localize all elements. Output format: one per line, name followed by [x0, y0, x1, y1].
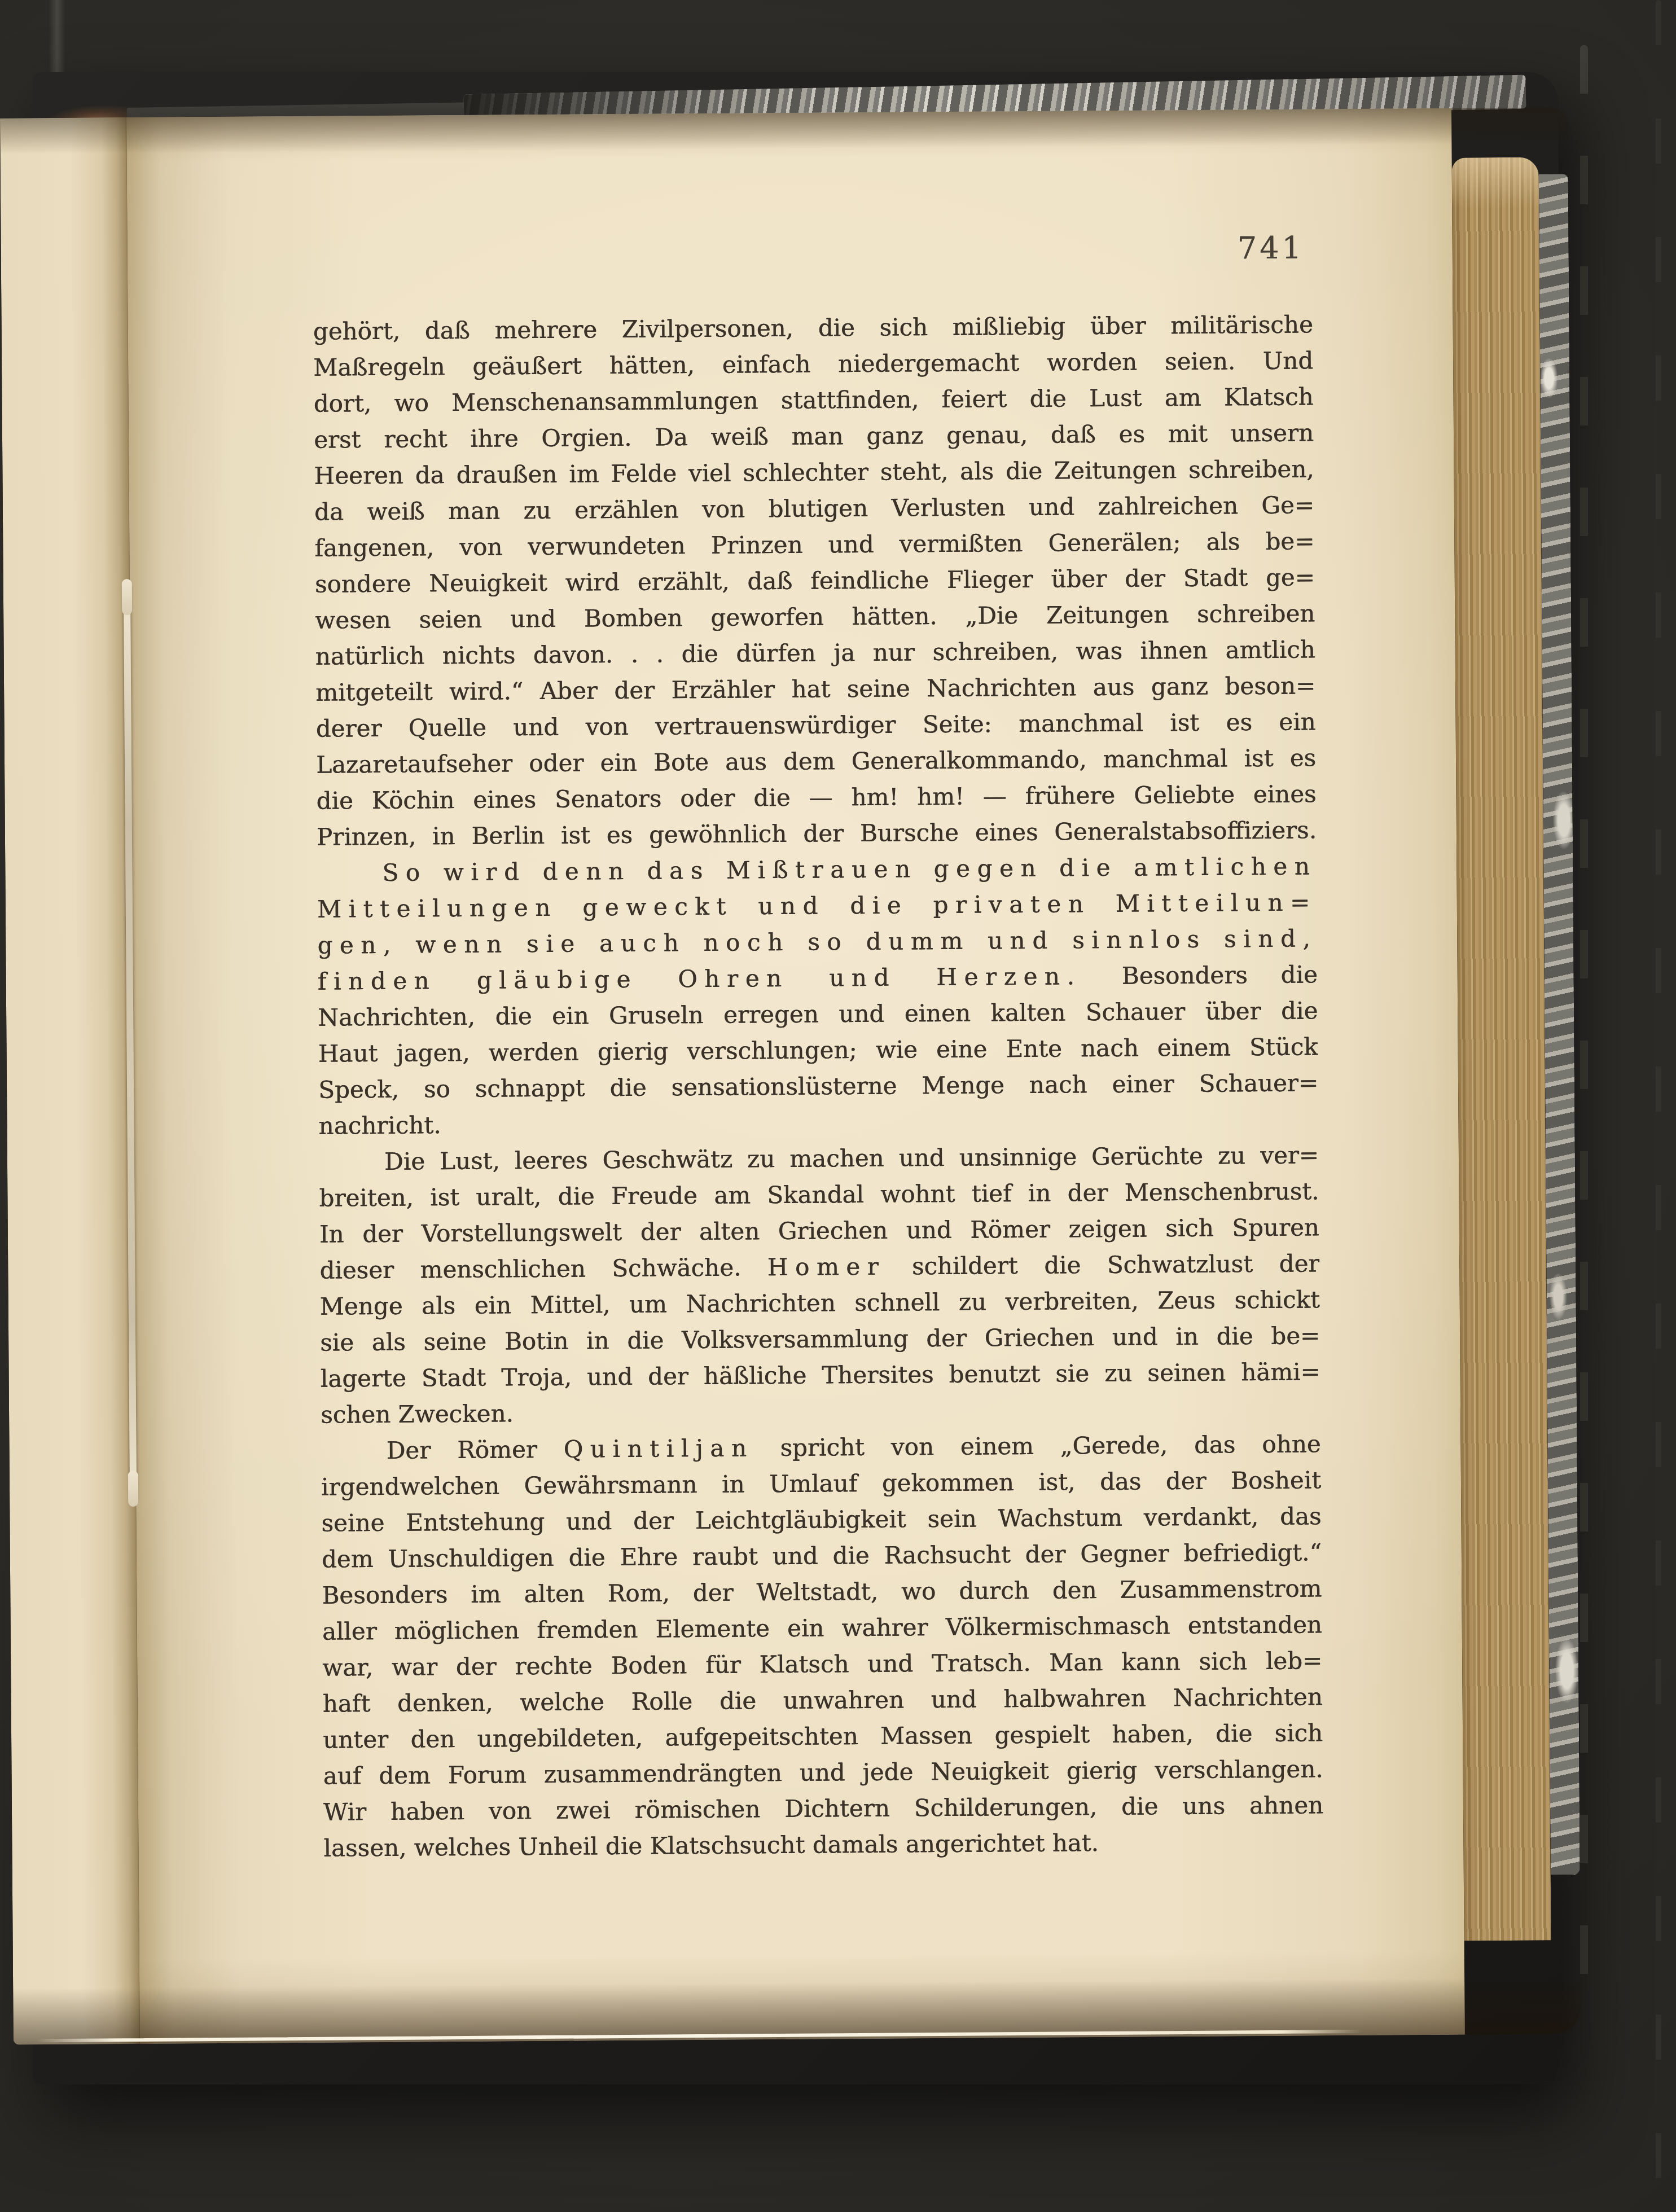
text-segment: lassen, welches Unheil die Klatschsucht …: [323, 1829, 1099, 1862]
text-segment: spricht von einem „Gerede, das ohne: [753, 1430, 1320, 1461]
text-segment: haft denken, welche Rolle die unwahren u…: [322, 1683, 1322, 1717]
binding-thread-knot: [122, 579, 132, 615]
text-segment-letterspaced: Quintiljan: [564, 1434, 754, 1463]
text-segment: gehört, daß mehrere Zivilpersonen, die s…: [313, 310, 1313, 345]
text-segment: sondere Neuigkeit wird erzählt, daß fein…: [315, 563, 1315, 598]
text-segment: Speck, so schnappt die sensationslüstern…: [318, 1069, 1318, 1103]
binding-thread-knot: [128, 1471, 138, 1507]
fore-edge-pages: [1452, 157, 1551, 1941]
text-segment: Besonders die: [1122, 960, 1318, 989]
text-segment: Prinzen, in Berlin ist es gewöhnlich der…: [317, 816, 1317, 850]
text-segment: die Köchin eines Senators oder die — hm!…: [316, 780, 1316, 814]
text-line: lassen, welches Unheil die Klatschsucht …: [323, 1823, 1323, 1866]
text-segment: Haut jagen, werden gierig verschlungen; …: [318, 1033, 1318, 1067]
text-segment: Heeren da draußen im Felde viel schlecht…: [314, 455, 1314, 489]
text-segment: Lazaretaufseher oder ein Bote aus dem Ge…: [316, 744, 1316, 778]
text-segment: seine Entstehung und der Leichtgläubigke…: [321, 1502, 1321, 1537]
text-segment: auf dem Forum zusammendrängten und jede …: [323, 1755, 1323, 1789]
page-number: 741: [1232, 230, 1309, 266]
text-segment: dem Unschuldigen die Ehre raubt und die …: [322, 1538, 1322, 1573]
text-segment: Maßregeln geäußert hätten, einfach niede…: [313, 346, 1313, 381]
text-segment: breiten, ist uralt, die Freude am Skanda…: [319, 1177, 1319, 1212]
text-line: Wir haben von zwei römischen Dichtern Sc…: [323, 1787, 1323, 1830]
backdrop-stitch-line-faint: [1656, 0, 1661, 2212]
text-segment: mitgeteilt wird.“ Aber der Erzähler hat …: [315, 671, 1315, 706]
text-segment: natürlich nichts davon. . . die dürfen j…: [315, 635, 1315, 670]
left-page-edge: [0, 117, 140, 2044]
book-page-spread: 741 gehört, daß mehrere Zivilpersonen, d…: [0, 107, 1581, 2044]
text-segment: war, war der rechte Boden für Klatsch un…: [322, 1647, 1322, 1681]
text-segment-letterspaced: Mitteilungen geweckt und die privaten Mi…: [317, 888, 1317, 923]
text-segment: Der Römer: [386, 1436, 563, 1464]
photo-backdrop: 741 gehört, daß mehrere Zivilpersonen, d…: [0, 0, 1676, 2212]
text-segment: Besonders im alten Rom, der Weltstadt, w…: [322, 1574, 1322, 1609]
text-segment: Menge als ein Mittel, um Nachrichten sch…: [320, 1285, 1320, 1320]
text-segment: lagerte Stadt Troja, und der häßliche Th…: [320, 1358, 1320, 1392]
text-segment: da weiß man zu erzählen von blutigen Ver…: [314, 491, 1314, 525]
text-segment-letterspaced: gen, wenn sie auch noch so dumm und sinn…: [317, 924, 1317, 959]
text-segment-letterspaced: Homer: [767, 1253, 886, 1281]
text-segment: sie als seine Botin in die Volksversamml…: [320, 1322, 1320, 1356]
text-segment: Die Lust, leeres Geschwätz zu machen und…: [384, 1141, 1319, 1175]
text-segment-letterspaced: finden gläubige Ohren und Herzen.: [318, 962, 1122, 995]
text-segment: aller möglichen fremden Elemente ein wah…: [322, 1610, 1322, 1645]
text-segment: fangenen, von verwundeten Prinzen und ve…: [314, 527, 1314, 561]
text-segment: In der Vorstellungswelt der alten Griech…: [319, 1213, 1319, 1248]
text-segment: dort, wo Menschenansammlungen stattfinde…: [313, 383, 1313, 417]
text-segment: Wir haben von zwei römischen Dichtern Sc…: [323, 1791, 1323, 1825]
text-segment: nachricht.: [318, 1111, 441, 1140]
text-segment: dieser menschlichen Schwäche.: [319, 1253, 767, 1284]
text-line: lagerte Stadt Troja, und der häßliche Th…: [320, 1354, 1320, 1397]
text-segment: erst recht ihre Orgien. Da weiß man ganz…: [314, 419, 1314, 453]
text-segment-letterspaced: So wird denn das Mißtrauen gegen die amt…: [382, 852, 1317, 886]
text-segment: Nachrichten, die ein Gruseln erregen und…: [318, 997, 1318, 1031]
text-segment: schen Zwecken.: [321, 1399, 514, 1428]
book-page: 741 gehört, daß mehrere Zivilpersonen, d…: [126, 108, 1465, 2044]
text-segment: irgendwelchen Gewährsmann in Umlauf geko…: [321, 1466, 1321, 1500]
backdrop-stitch-line: [1580, 45, 1588, 2031]
text-segment: schildert die Schwatzlust der: [885, 1249, 1319, 1280]
text-segment: unter den ungebildeten, aufgepeitschten …: [323, 1719, 1323, 1753]
text-segment: derer Quelle und von vertrauenswürdiger …: [315, 708, 1315, 742]
text-segment: wesen seien und Bomben geworfen hätten. …: [315, 599, 1315, 634]
text-line: Speck, so schnappt die sensationslüstern…: [318, 1065, 1318, 1108]
text-block: gehört, daß mehrere Zivilpersonen, die s…: [313, 306, 1323, 1866]
